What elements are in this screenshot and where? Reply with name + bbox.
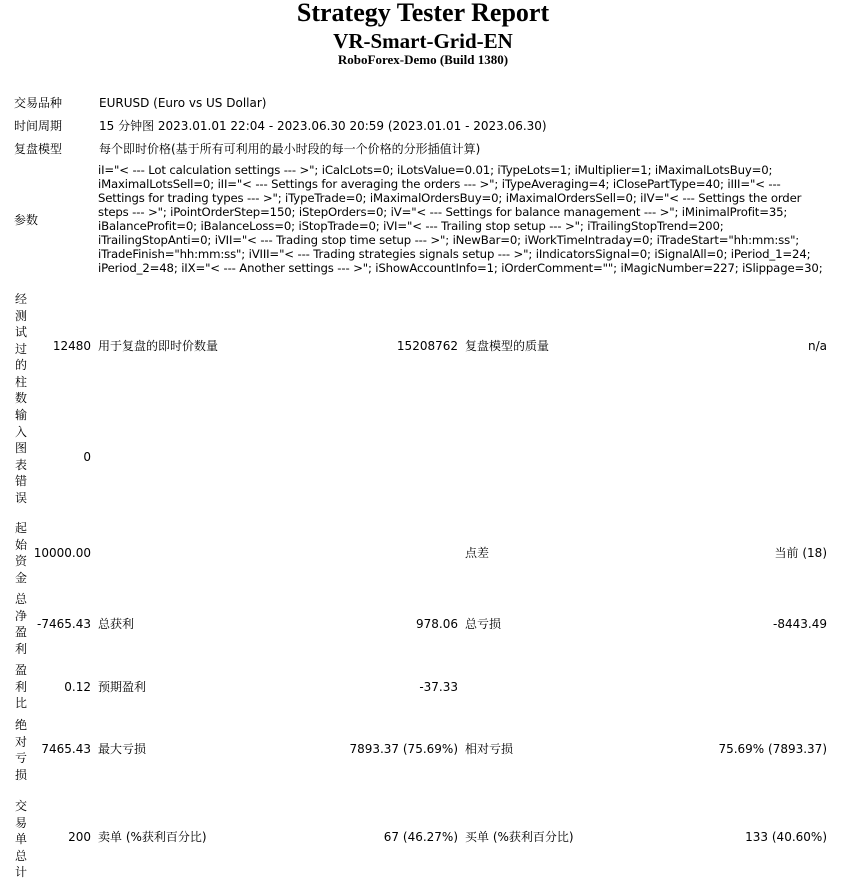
- expected-payoff-label: 预期盈利: [98, 680, 146, 694]
- short-positions-value: 67 (46.27%): [258, 830, 458, 844]
- params-value: iI="< --- Lot calculation settings --- >…: [98, 163, 828, 275]
- absolute-drawdown-value: 7465.43: [11, 742, 91, 756]
- short-positions-label: 卖单 (%获利百分比): [98, 830, 207, 844]
- expert-name: VR-Smart-Grid-EN: [0, 28, 846, 54]
- symbol-value: EURUSD (Euro vs US Dollar): [99, 96, 266, 110]
- long-positions-value: 133 (40.60%): [527, 830, 827, 844]
- gross-loss-value: -8443.49: [527, 617, 827, 631]
- errors-value: 0: [11, 450, 91, 464]
- ticks-label: 用于复盘的即时价数量: [98, 339, 218, 353]
- period-label: 时间周期: [14, 119, 62, 133]
- model-value: 每个即时价格(基于所有可利用的最小时段的每一个价格的分形插值计算): [99, 142, 480, 156]
- max-drawdown-label: 最大亏损: [98, 742, 146, 756]
- gross-profit-label: 总获利: [98, 617, 134, 631]
- bars-value: 12480: [11, 339, 91, 353]
- max-drawdown-value: 7893.37 (75.69%): [258, 742, 458, 756]
- symbol-label: 交易品种: [14, 96, 62, 110]
- expected-payoff-value: -37.33: [258, 680, 458, 694]
- period-value: 15 分钟图 2023.01.01 22:04 - 2023.06.30 20:…: [99, 119, 547, 133]
- gross-loss-label: 总亏损: [465, 617, 501, 631]
- net-profit-value: -7465.43: [11, 617, 91, 631]
- server-build: RoboForex-Demo (Build 1380): [0, 52, 846, 68]
- deposit-value: 10000.00: [11, 546, 91, 560]
- total-trades-value: 200: [11, 830, 91, 844]
- model-label: 复盘模型: [14, 142, 62, 156]
- spread-value: 当前 (18): [527, 546, 827, 560]
- gross-profit-value: 978.06: [258, 617, 458, 631]
- relative-drawdown-label: 相对亏损: [465, 742, 513, 756]
- quality-value: n/a: [527, 339, 827, 353]
- profit-factor-value: 0.12: [11, 680, 91, 694]
- report-title: Strategy Tester Report: [0, 0, 846, 29]
- params-label: 参数: [14, 213, 38, 227]
- spread-label: 点差: [465, 546, 489, 560]
- relative-drawdown-value: 75.69% (7893.37): [527, 742, 827, 756]
- ticks-value: 15208762: [258, 339, 458, 353]
